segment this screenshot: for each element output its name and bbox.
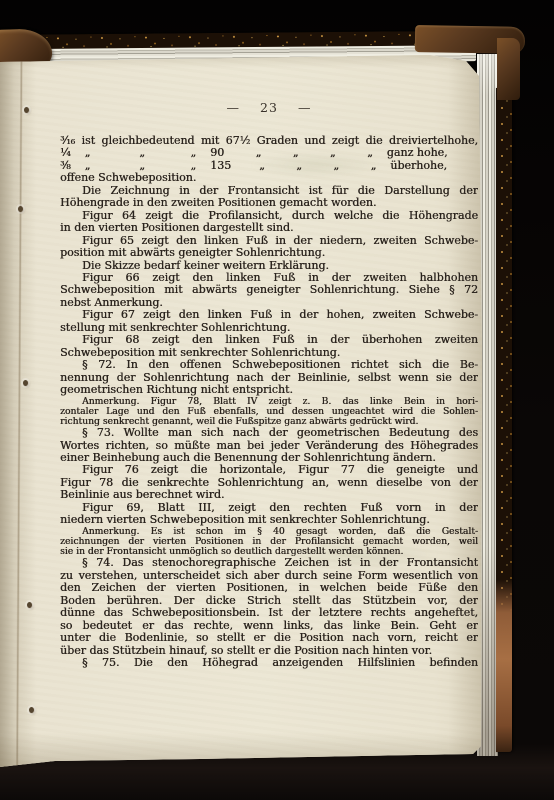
book-page: —23— ³⁄₁₆ ist gleichbedeutend mit 67¹⁄₂ … [0,52,482,768]
text-line: über das Stützbein hinauf, so stellt er … [60,645,478,657]
text-line: Schwebeposition mit abwärts geneigter So… [60,284,478,296]
scanned-book-photo: —23— ³⁄₁₆ ist gleichbedeutend mit 67¹⁄₂ … [0,0,554,800]
text-line: geometrischen Richtung nicht entspricht. [60,384,478,396]
text-line: Figur 64 zeigt die Profilansicht, durch … [60,210,478,222]
text-line: Wortes richten, so müßte man bei jeder V… [60,440,478,452]
text-line: zontaler Lage und den Fuß ebenfalls, und… [60,407,478,417]
text-line: zu verstehen, unterscheidet sich aber du… [60,570,478,582]
text-line: Figur 68 zeigt den linken Fuß in der übe… [60,334,478,346]
text-line: sie in der Frontansicht unmöglich so deu… [60,547,478,557]
text-line: zeichnungen der vierten Positionen in de… [60,537,478,547]
text-line: niedern vierten Schwebeposition mit senk… [60,514,478,526]
text-line: Die Zeichnung in der Frontansicht ist fü… [60,185,478,197]
page-number: 23 [260,100,278,115]
text-line: position mit abwärts geneigter Sohlenric… [60,247,478,259]
text-line: Anmerkung. Figur 78, Blatt IV zeigt z. B… [60,397,478,407]
text-line: unter die Bodenlinie, so stellt er die P… [60,632,478,644]
stitch-hole [24,107,29,113]
text-line: Figur 67 zeigt den linken Fuß in der hoh… [60,309,478,321]
text-line: § 72. In den offenen Schwebepositionen r… [60,359,478,371]
text-line: Höhengrade in den zweiten Positionen gem… [60,197,478,209]
text-line: § 74. Das stenochoregraphische Zeichen i… [60,557,478,569]
stitch-hole [23,380,28,386]
book-cover-right-edge [496,88,512,752]
header-dash-right: — [298,100,312,115]
text-line: Die Skizze bedarf keiner weitern Erkläru… [60,260,478,272]
text-line: Beinlinie aus berechnet wird. [60,489,478,501]
text-line: den Zeichen der vierten Positionen, in w… [60,582,478,594]
text-line: Figur 66 zeigt den linken Fuß in der zwe… [60,272,478,284]
text-line: nennung der Sohlenrichtung nach der Bein… [60,372,478,384]
text-line: ¹⁄₄ „ „ „ 90 „ „ „ „ ganz hohe, [60,147,478,159]
text-line: nebst Anmerkung. [60,297,478,309]
text-line: so bedeutet er das rechte, wenn links, d… [60,620,478,632]
gutter-crease [16,52,23,768]
text-line: ³⁄₈ „ „ „ 135 „ „ „ „ überhohe, [60,160,478,172]
page-text-block: ³⁄₁₆ ist gleichbedeutend mit 67¹⁄₂ Grade… [60,135,478,669]
text-line: ³⁄₁₆ ist gleichbedeutend mit 67¹⁄₂ Grade… [60,135,478,147]
text-line: Schwebeposition mit senkrechter Sohlenri… [60,347,478,359]
text-line: einer Beinhebung auch die Benennung der … [60,452,478,464]
text-line: offene Schwebeposition. [60,172,478,184]
page-header: —23— [60,100,478,115]
text-line: § 75. Die den Höhegrad anzeigenden Hilfs… [60,657,478,669]
text-line: Anmerkung. Es ist schon im § 40 gesagt w… [60,527,478,537]
text-line: Figur 76 zeigt die horizontale, Figur 77… [60,464,478,476]
text-line: in den vierten Positionen dargestellt si… [60,222,478,234]
leather-cover-edge-right-top [497,38,520,100]
text-line: Figur 69, Blatt III, zeigt den rechten F… [60,502,478,514]
text-line: stellung mit senkrechter Sohlenrichtung. [60,322,478,334]
stitch-hole [18,206,23,212]
text-line: § 73. Wollte man sich nach der geometris… [60,427,478,439]
stitch-hole [29,707,34,713]
text-line: Figur 65 zeigt den linken Fuß in der nie… [60,235,478,247]
stitch-hole [27,602,32,608]
text-line: dünne das Schwebepositionsbein. Ist der … [60,607,478,619]
text-line: Figur 78 die senkrechte Sohlenrichtung a… [60,477,478,489]
text-line: richtung senkrecht genannt, weil die Fuß… [60,417,478,427]
text-line: Boden berühren. Der dicke Strich stellt … [60,595,478,607]
header-dash-left: — [227,100,241,115]
